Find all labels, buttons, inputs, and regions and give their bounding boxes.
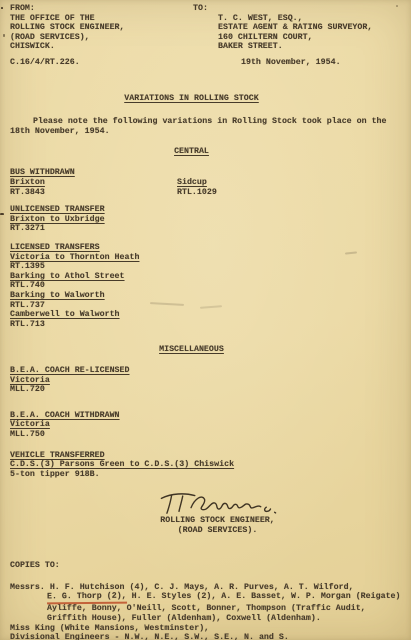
scan-speck [0, 213, 4, 215]
to-label: TO: [193, 4, 401, 14]
transfer-route: Barking to Athol Street [10, 272, 401, 282]
transfer-route: Barking to Walworth [10, 291, 401, 301]
from-line: ROLLING STOCK ENGINEER, [10, 23, 193, 33]
signatory-title: (ROAD SERVICES). [34, 526, 401, 536]
section-heading-miscellaneous: MISCELLANEOUS [10, 345, 373, 355]
intro-paragraph: Please note the following variations in … [10, 117, 401, 136]
transfer-entry: Victoria to Thornton Heath RT.1395 [10, 253, 401, 272]
transfer-entry: Camberwell to Walworth RTL.713 [10, 310, 401, 329]
transfer-route: C.D.S.(3) Parsons Green to C.D.S.(3) Chi… [10, 460, 401, 470]
group-heading: UNLICENSED TRANSFER [10, 205, 401, 215]
from-line: (ROAD SERVICES), [10, 33, 193, 43]
fleet-number: RT.3271 [10, 224, 401, 234]
bus-withdrawn-group: BUS WITHDRAWN Brixton RT.3843 Sidcup RTL… [10, 168, 401, 197]
to-block: TO: T. C. WEST, ESQ., ESTATE AGENT & RAT… [193, 4, 401, 52]
fleet-number: RTL.1029 [177, 188, 401, 198]
copies-to-label: COPIES TO: [10, 561, 401, 571]
copies-line: Miss King (White Mansions, Westminster), [10, 624, 401, 634]
transfer-route: Brixton to Uxbridge [10, 215, 401, 225]
group-heading: BUS WITHDRAWN [10, 168, 401, 178]
to-address: T. C. WEST, ESQ., ESTATE AGENT & RATING … [218, 14, 401, 52]
fleet-number: RTL.713 [10, 320, 401, 330]
copies-line: Divisional Engineers - N.W., N.E., S.W.,… [10, 633, 401, 640]
to-line: 160 CHILTERN COURT, [218, 33, 401, 43]
signatory-title: ROLLING STOCK ENGINEER, [34, 516, 401, 526]
copies-line: Messrs. H. F. Hutchison (4), C. J. Mays,… [10, 583, 401, 593]
fleet-number: RT.1395 [10, 262, 401, 272]
group-heading: LICENSED TRANSFERS [10, 243, 401, 253]
transfer-route: Camberwell to Walworth [10, 310, 401, 320]
vehicle-transferred-group: VEHICLE TRANSFERRED C.D.S.(3) Parsons Gr… [10, 451, 401, 480]
intro-line: 18th November, 1954. [10, 127, 401, 137]
group-heading: VEHICLE TRANSFERRED [10, 451, 401, 461]
garage-name: Brixton [10, 178, 177, 188]
copies-line: Ayliffe, Bonny, O'Neill, Scott, Bonner, … [10, 604, 401, 614]
from-label: FROM: [10, 4, 193, 14]
bea-coach-relicensed-group: B.E.A. COACH RE-LICENSED Victoria MLL.72… [10, 366, 401, 395]
scan-speck [396, 5, 398, 7]
bea-coach-withdrawn-group: B.E.A. COACH WITHDRAWN Victoria MLL.750 [10, 411, 401, 440]
from-line: THE OFFICE OF THE [10, 14, 193, 24]
withdrawn-entry: Brixton RT.3843 [10, 178, 177, 197]
copies-line: Griffith House), Fuller (Aldenham), Coxw… [10, 614, 401, 624]
to-line: T. C. WEST, ESQ., [218, 14, 401, 24]
intro-line: Please note the following variations in … [10, 117, 401, 127]
copies-list: Messrs. H. F. Hutchison (4), C. J. Mays,… [10, 583, 401, 640]
transfer-route: Victoria to Thornton Heath [10, 253, 401, 263]
bus-withdrawn-columns: Brixton RT.3843 Sidcup RTL.1029 [10, 178, 401, 197]
fleet-number: RTL.740 [10, 281, 401, 291]
garage-name: Sidcup [177, 178, 401, 188]
handwritten-signature [152, 490, 284, 516]
group-heading: B.E.A. COACH WITHDRAWN [10, 411, 401, 421]
document-page: FROM: THE OFFICE OF THE ROLLING STOCK EN… [0, 0, 411, 640]
vehicle-detail: 5-ton tipper 918B. [10, 470, 401, 480]
letter-header: FROM: THE OFFICE OF THE ROLLING STOCK EN… [10, 4, 401, 52]
fleet-number: MLL.750 [10, 430, 401, 440]
garage-name: Victoria [10, 376, 401, 386]
section-heading-central: CENTRAL [10, 147, 373, 157]
red-pencil-underlined-name: E. G. Thorp (2), [47, 592, 127, 605]
document-title: VARIATIONS IN ROLLING STOCK [10, 94, 373, 104]
reference-number: C.16/4/RT.226. [10, 58, 80, 67]
garage-name: Victoria [10, 420, 401, 430]
withdrawn-entry: Sidcup RTL.1029 [177, 178, 401, 197]
scan-speck [3, 34, 5, 37]
transfer-entry: Barking to Athol Street RTL.740 [10, 272, 401, 291]
licensed-transfers-group: LICENSED TRANSFERS Victoria to Thornton … [10, 243, 401, 329]
fleet-number: RT.3843 [10, 188, 177, 198]
reference-row: C.16/4/RT.226. 19th November, 1954. [10, 58, 401, 68]
from-line: CHISWICK. [10, 42, 193, 52]
copies-line: E. G. Thorp (2), H. E. Styles (2), A. E.… [10, 592, 401, 604]
copies-line-rest: H. E. Styles (2), A. E. Basset, W. P. Mo… [127, 592, 401, 601]
to-line: BAKER STREET. [218, 42, 401, 52]
unlicensed-transfer-group: UNLICENSED TRANSFER Brixton to Uxbridge … [10, 205, 401, 234]
scan-speck [1, 7, 3, 9]
fleet-number: MLL.720 [10, 385, 401, 395]
from-block: FROM: THE OFFICE OF THE ROLLING STOCK EN… [10, 4, 193, 52]
letter-date: 19th November, 1954. [241, 58, 341, 68]
group-heading: B.E.A. COACH RE-LICENSED [10, 366, 401, 376]
to-line: ESTATE AGENT & RATING SURVEYOR, [218, 23, 401, 33]
signature-block: ROLLING STOCK ENGINEER, (ROAD SERVICES). [10, 490, 401, 535]
